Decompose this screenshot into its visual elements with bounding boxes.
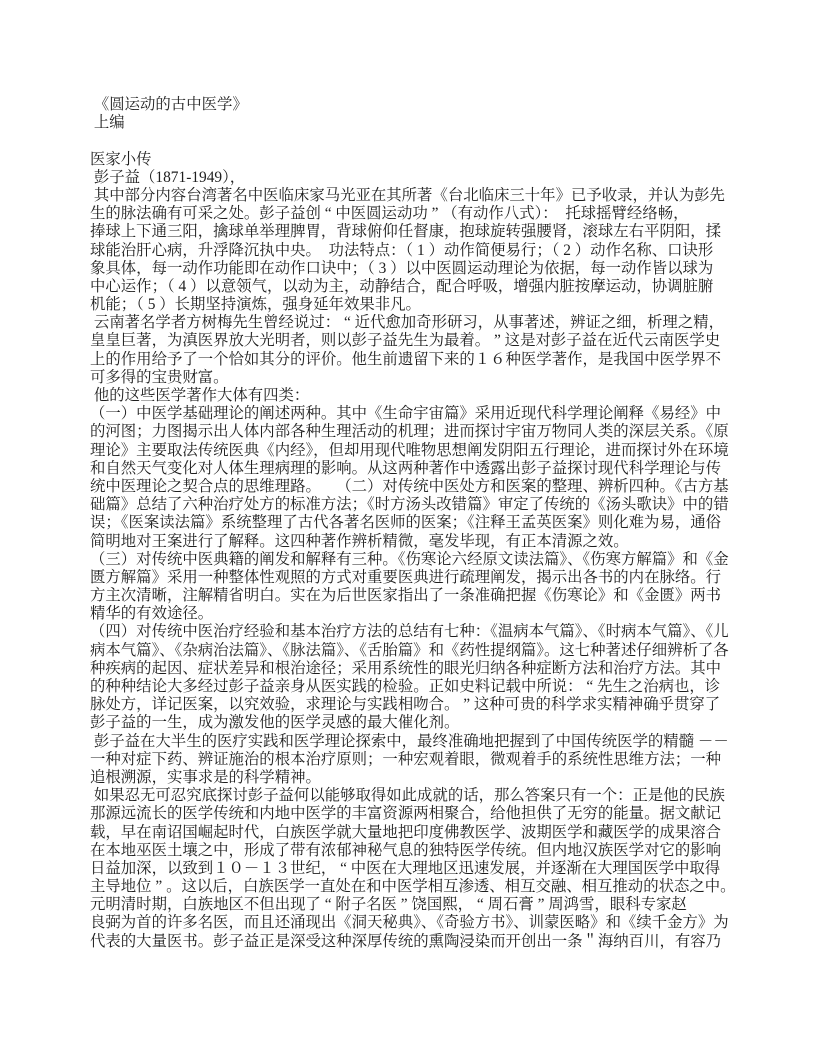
text-line: 彭子益（1871-1949）， xyxy=(90,169,750,187)
text-line: 和自然天气变化对人体生理病理的影响。从这两种著作中透露出彭子益探讨现代科学理论与… xyxy=(90,460,750,478)
text-line: 球能治肝心病，升浮降沉执中央。 功法特点：（ 1 ）动作简便易行；（ 2 ）动作… xyxy=(90,242,750,260)
text-line: 象具体，每一动作功能即在动作口诀中；（ 3 ）以中医圆运动理论为依据，每一动作皆… xyxy=(90,260,750,278)
text-line: 病本气篇》、《杂病治法篇》、《脉法篇》、《舌胎篇》和《药性提纲篇》。这七种著述仔… xyxy=(90,642,750,660)
text-line: 载，早在南诏国崛起时代，白族医学就大量地把印度佛教医学、波期医学和藏医学的成果溶… xyxy=(90,824,750,842)
text-line: 脉处方，详记医案，以究效验，求理论与实践相吻合。 ” 这种可贵的科学求实精神确乎… xyxy=(90,696,750,714)
text-line: 统中医理论之契合点的思维理路。 （二）对传统中医处方和医案的整理、辨析四种。《古… xyxy=(90,478,750,496)
text-line: 精华的有效途径。 xyxy=(90,605,750,623)
text-line: 主导地位 ” 。这以后，白族医学一直处在和中医学相互渗透、相互交融、相互推动的状… xyxy=(90,878,750,896)
text-line: 彭子益在大半生的医疗实践和医学理论探索中，最终准确地把握到了中国传统医学的精髓 … xyxy=(90,733,750,751)
text-line: 良弼为首的许多名医，而且还涌现出《洞天秘典》、《奇验方书》、训蒙医略》和《续千金… xyxy=(90,914,750,932)
text-line: 日益加深，以致到１０－１３世纪， “ 中医在大理地区迅速发展，并逐渐在大理国医学… xyxy=(90,860,750,878)
blank-line xyxy=(90,132,750,150)
text-line: 种疾病的起因、症状差异和根治途径；采用系统性的眼光归纳各种症断方法和治疗方法。其… xyxy=(90,660,750,678)
text-line: 础篇》总结了六种治疗处方的标准方法；《时方汤头改错篇》审定了传统的《汤头歌诀》中… xyxy=(90,496,750,514)
text-line: 中心运作；（ 4 ）以意领气，以动为主，动静结合，配合呼吸，增强内脏按摩运动，协… xyxy=(90,278,750,296)
text-line: 其中部分内容台湾著名中医临床家马光亚在其所著《台北临床三十年》已予收录，并认为彭… xyxy=(90,187,750,205)
text-line: （四）对传统中医治疗经验和基本治疗方法的总结有七种：《温病本气篇》、《时病本气篇… xyxy=(90,623,750,641)
text-line: 匮方解篇》采用一种整体性观照的方式对重要医典进行疏理阐发，揭示出各书的内在脉络。… xyxy=(90,569,750,587)
text-line: 理论》主要取法传统医典《内经》，但却用现代唯物思想阐发阴阳五行理论，进而探讨外在… xyxy=(90,442,750,460)
text-line: 医家小传 xyxy=(90,151,750,169)
text-line: 方主次清晰，注解精省明白。实在为后世医家指出了一条准确把握《伤寒论》和《金匮》两… xyxy=(90,587,750,605)
document-text: 《圆运动的古中医学》 上编 医家小传 彭子益（1871-1949）， 其中部分内… xyxy=(90,96,750,951)
text-line: 皇皇巨著，为滇医界放大光明者，则以彭子益先生为最着。 ” 这是对彭子益在近代云南… xyxy=(90,332,750,350)
text-line: 生的脉法确有可采之处。彭子益创 “ 中医圆运动功 ” （有动作八式）： 托球摇臂… xyxy=(90,205,750,223)
text-line: （三）对传统中医典籍的阐发和解释有三种。《伤寒论六经原文读法篇》、《伤寒方解篇》… xyxy=(90,551,750,569)
text-line: 他的这些医学著作大体有四类： xyxy=(90,387,750,405)
text-line: 捧球上下通三阳，擒球单举理脾胃，背球俯仰任督康，抱球旋转强腰肾，滚球左右平阴阳，… xyxy=(90,223,750,241)
text-line: 的河图；力图揭示出人体内部各种生理活动的机理；进而探讨宇宙万物同人类的深层关系。… xyxy=(90,423,750,441)
text-line: 上编 xyxy=(90,114,750,132)
text-line: 那源远流长的医学传统和内地中医学的丰富资源两相聚合，给他担供了无穷的能量。据文献… xyxy=(90,805,750,823)
text-line: 追根溯源，实事求是的科学精神。 xyxy=(90,769,750,787)
text-line: 的种种结论大多经过彭子益亲身从医实践的检验。正如史料记载中所说： “ 先生之治病… xyxy=(90,678,750,696)
text-line: （一）中医学基础理论的阐述两种。其中《生命宇宙篇》采用近现代科学理论阐释《易经》… xyxy=(90,405,750,423)
text-line: 上的作用给予了一个恰如其分的评价。他生前遗留下来的１６种医学著作，是我国中医学界… xyxy=(90,351,750,369)
text-line: 一种对症下药、辨证施治的根本治疗原则；一种宏观着眼，微观着手的系统性思维方法；一… xyxy=(90,751,750,769)
text-line: 机能；（ 5 ）长期坚持演炼，强身延年效果非凡。 xyxy=(90,296,750,314)
text-line: 《圆运动的古中医学》 xyxy=(90,96,750,114)
text-line: 元明清时期，白族地区不但出现了 “ 附子名医 ” 饶国熙， “ 周石膏 ” 周鸿… xyxy=(90,896,750,914)
text-line: 在本地巫医土壤之中，形成了带有浓郁神秘气息的独特医学传统。但内地汉族医学对它的影… xyxy=(90,842,750,860)
text-line: 简明地对王案进行了解释。这四种著作辨析精微，毫发毕现，有正本清源之效。 xyxy=(90,533,750,551)
text-line: 代表的大量医书。彭子益正是深受这种深厚传统的熏陶浸染而开创出一条＂海纳百川，有容… xyxy=(90,933,750,951)
text-line: 可多得的宝贵财富。 xyxy=(90,369,750,387)
text-line: 彭子益的一生，成为激发他的医学灵感的最大催化剂。 xyxy=(90,714,750,732)
document-page: 《圆运动的古中医学》 上编 医家小传 彭子益（1871-1949）， 其中部分内… xyxy=(0,0,816,1056)
text-line: 如果忍无可忍究底探讨彭子益何以能够取得如此成就的话，那么答案只有一个：正是他的民… xyxy=(90,787,750,805)
text-line: 误；《医案读法篇》系统整理了古代各著名医师的医案；《注释王孟英医案》则化难为易，… xyxy=(90,514,750,532)
text-line: 云南著名学者方树梅先生曾经说过： “ 近代愈加奇形研习，从事著述，辨证之细，析理… xyxy=(90,314,750,332)
